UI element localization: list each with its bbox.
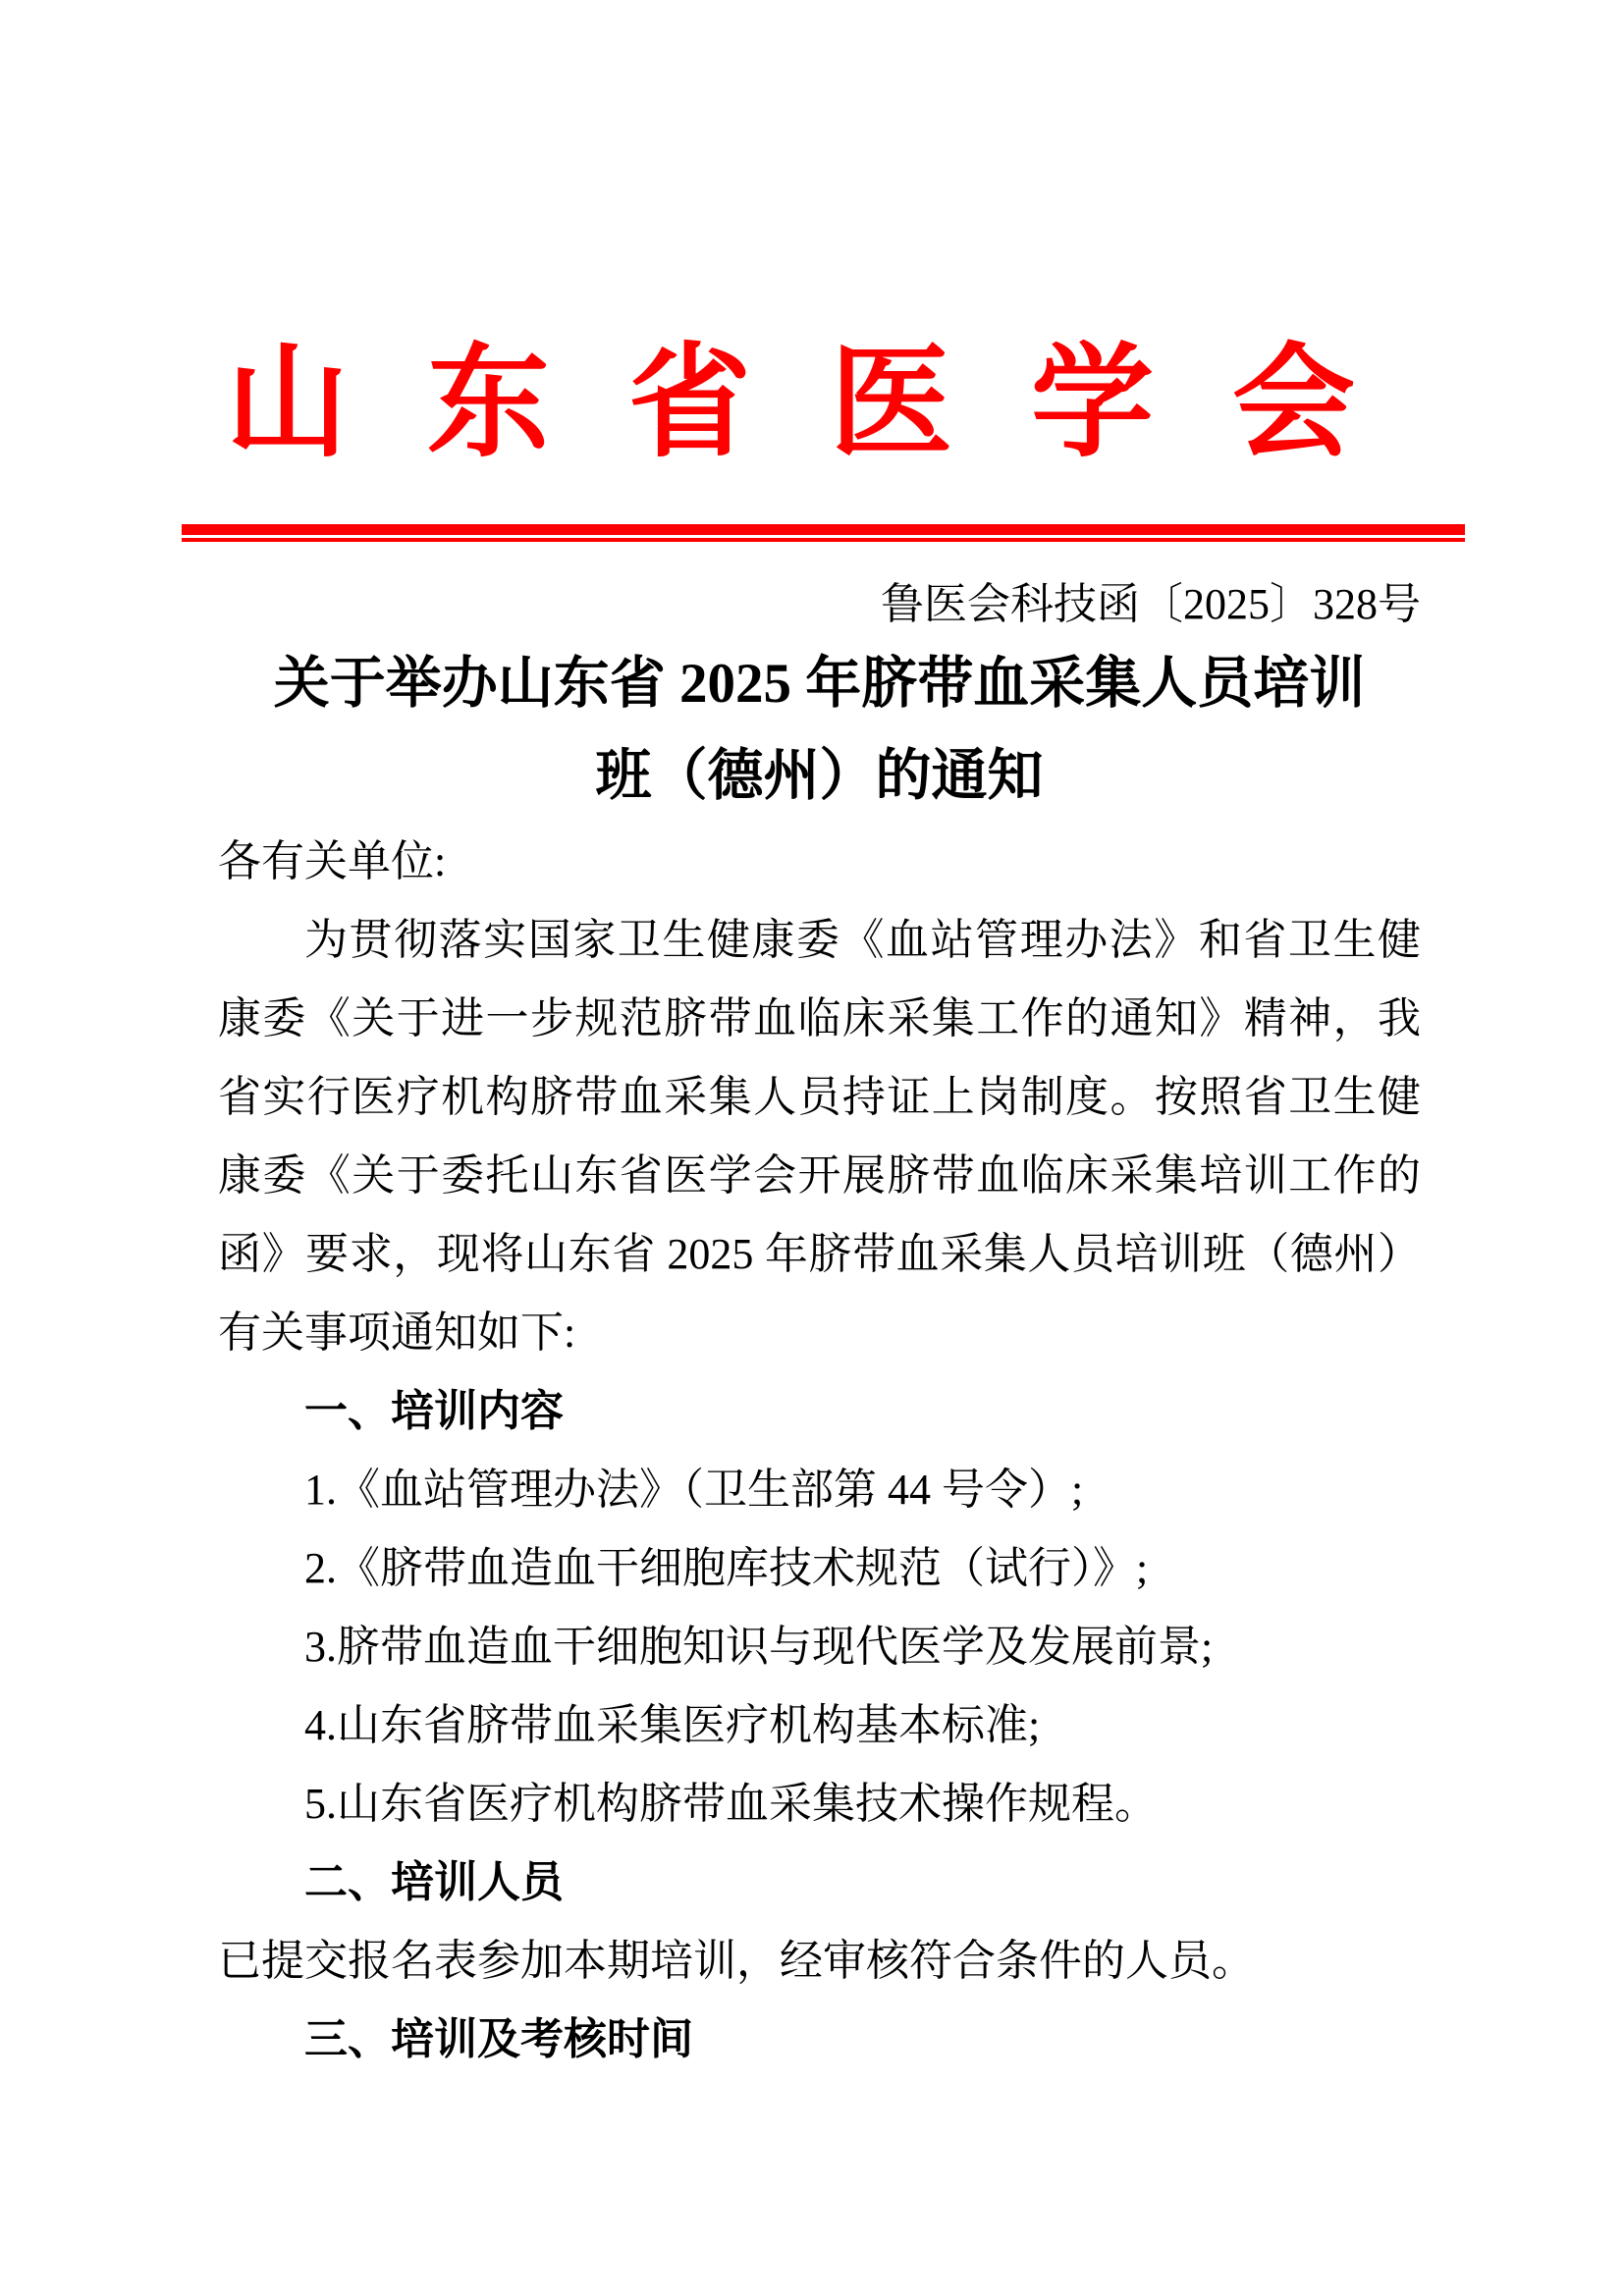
org-name-char: 山	[226, 338, 349, 471]
document-title-line1: 关于举办山东省 2025 年脐带血采集人员培训	[218, 638, 1421, 730]
org-name-char: 学	[1031, 338, 1154, 471]
section-1-item: 1.《血站管理办法》（卫生部第 44 号令）;	[218, 1451, 1421, 1529]
org-name-char: 会	[1232, 338, 1355, 471]
org-name-char: 东	[427, 338, 550, 471]
letterhead-org-name: 山 东 省 医 学 会	[226, 338, 1355, 471]
section-1-item: 4.山东省脐带血采集医疗机构基本标准;	[218, 1686, 1421, 1765]
section-1-item: 2.《脐带血造血干细胞库技术规范（试行）》;	[218, 1529, 1421, 1608]
intro-paragraph: 为贯彻落实国家卫生健康委《血站管理办法》和省卫生健康委《关于进一步规范脐带血临床…	[218, 901, 1421, 1372]
document-number: 鲁医会科技函〔2025〕328号	[0, 577, 1624, 632]
section-2-heading: 二、培训人员	[218, 1843, 1421, 1922]
section-1-item: 5.山东省医疗机构脐带血采集技术操作规程。	[218, 1765, 1421, 1843]
letterhead-divider	[182, 524, 1465, 542]
org-name-char: 医	[830, 338, 952, 471]
salutation: 各有关单位:	[218, 823, 1421, 901]
section-1-heading: 一、培训内容	[218, 1372, 1421, 1451]
document-body: 各有关单位: 为贯彻落实国家卫生健康委《血站管理办法》和省卫生健康委《关于进一步…	[0, 823, 1624, 2079]
document-title-line2: 班（德州）的通知	[218, 730, 1421, 823]
section-1-item: 3.脐带血造血干细胞知识与现代医学及发展前景;	[218, 1608, 1421, 1686]
section-2-body: 已提交报名表参加本期培训，经审核符合条件的人员。	[218, 1922, 1421, 2001]
document-page: 山 东 省 医 学 会 鲁医会科技函〔2025〕328号 关于举办山东省 202…	[0, 0, 1624, 2296]
org-name-char: 省	[628, 338, 751, 471]
section-3-heading: 三、培训及考核时间	[218, 2001, 1421, 2079]
document-title: 关于举办山东省 2025 年脐带血采集人员培训 班（德州）的通知	[0, 638, 1624, 823]
